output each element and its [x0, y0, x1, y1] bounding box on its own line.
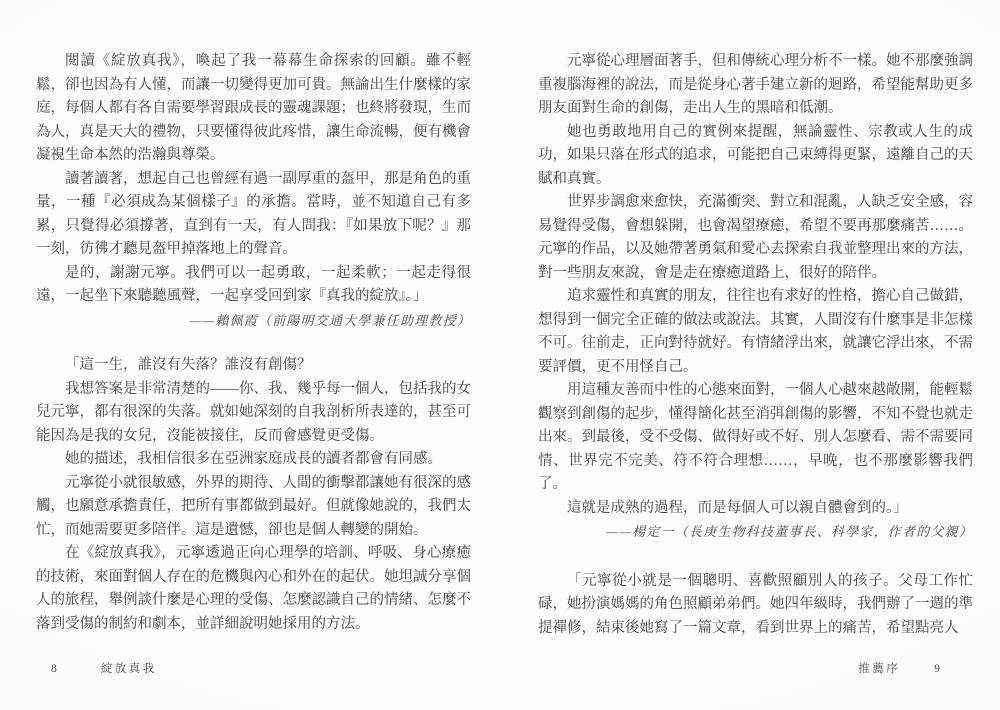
- paragraph: 讀著讀著，想起自己也曾經有過一副厚重的盔甲，那是角色的重量，一種『必須成為某個樣…: [36, 168, 471, 262]
- paragraph: 我想答案是非常清楚的——你、我、幾乎每一個人，包括我的女兒元寧，都有很深的失落。…: [36, 378, 471, 449]
- endorsement-block-second-continued: 元寧從心理層面著手，但和傳統心理分析不一樣。她不那麼強調重複腦海裡的說法，而是從…: [538, 50, 973, 544]
- paragraph: 用這種友善而中性的心態來面對，一個人心越來越敞開，能輕鬆觀察到創傷的起步，懂得簡…: [538, 379, 973, 497]
- endorsement-block-first: 閱讀《綻放真我》，喚起了我一幕幕生命探索的回顧。雖不輕鬆，卻也因為有人懂，而讓一…: [36, 50, 471, 332]
- endorser-attribution: ——楊定一（長庚生物科技董事長、科學家，作者的父親）: [538, 520, 973, 544]
- paragraph: 這就是成熟的過程，而是每個人可以親自體會到的。」: [538, 497, 973, 521]
- page-number-right: 9: [934, 663, 940, 675]
- paragraph: 「元寧從小就是一個聰明、喜歡照顧別人的孩子。父母工作忙碌，她扮演媽媽的角色照顧弟…: [538, 570, 973, 641]
- paragraph: 她的描述，我相信很多在亞洲家庭成長的讀者都會有同感。: [36, 448, 471, 472]
- paragraph: 她也勇敢地用自己的實例來提醒，無論靈性、宗教或人生的成功，如果只落在形式的追求，…: [538, 121, 973, 192]
- endorser-attribution: ——賴佩霞（前陽明交通大學兼任助理教授）: [36, 309, 471, 333]
- paragraph: 閱讀《綻放真我》，喚起了我一幕幕生命探索的回顧。雖不輕鬆，卻也因為有人懂，而讓一…: [36, 50, 471, 168]
- page-number-left: 8: [51, 663, 57, 675]
- book-title: 綻放真我: [101, 660, 157, 676]
- paragraph: 元寧從小就很敏感，外界的期待、人間的衝擊都讓她有很深的感觸，也願意承擔責任，把所…: [36, 472, 471, 543]
- paragraph: 追求靈性和真實的朋友，往往也有求好的性格，擔心自己做錯，想得到一個完全正確的做法…: [538, 285, 973, 379]
- paragraph: 世界步調愈來愈快，充滿衝突、對立和混亂，人缺乏安全感，容易覺得受傷，會想躲開，也…: [538, 191, 973, 285]
- page-right: 元寧從心理層面著手，但和傳統心理分析不一樣。她不那麼強調重複腦海裡的說法，而是從…: [538, 50, 973, 640]
- page-footer-left: 8 綻放真我: [51, 660, 157, 676]
- paragraph: 「這一生，誰沒有失落？誰沒有創傷？: [36, 354, 471, 378]
- endorsement-block-third: 「元寧從小就是一個聰明、喜歡照顧別人的孩子。父母工作忙碌，她扮演媽媽的角色照顧弟…: [538, 570, 973, 641]
- page-footer-right: 推薦序 9: [858, 660, 940, 676]
- paragraph: 在《綻放真我》，元寧透過正向心理學的培訓、呼吸、身心療癒的技術，來面對個人存在的…: [36, 542, 471, 636]
- section-title: 推薦序: [858, 660, 900, 676]
- paragraph: 元寧從心理層面著手，但和傳統心理分析不一樣。她不那麼強調重複腦海裡的說法，而是從…: [538, 50, 973, 121]
- paragraph: 是的，謝謝元寧。我們可以一起勇敢，一起柔軟；一起走得很遠，一起坐下來聽聽風聲，一…: [36, 262, 471, 309]
- book-spread: 閱讀《綻放真我》，喚起了我一幕幕生命探索的回顧。雖不輕鬆，卻也因為有人懂，而讓一…: [0, 0, 1000, 710]
- page-left: 閱讀《綻放真我》，喚起了我一幕幕生命探索的回顧。雖不輕鬆，卻也因為有人懂，而讓一…: [36, 50, 471, 636]
- endorsement-block-second: 「這一生，誰沒有失落？誰沒有創傷？ 我想答案是非常清楚的——你、我、幾乎每一個人…: [36, 354, 471, 636]
